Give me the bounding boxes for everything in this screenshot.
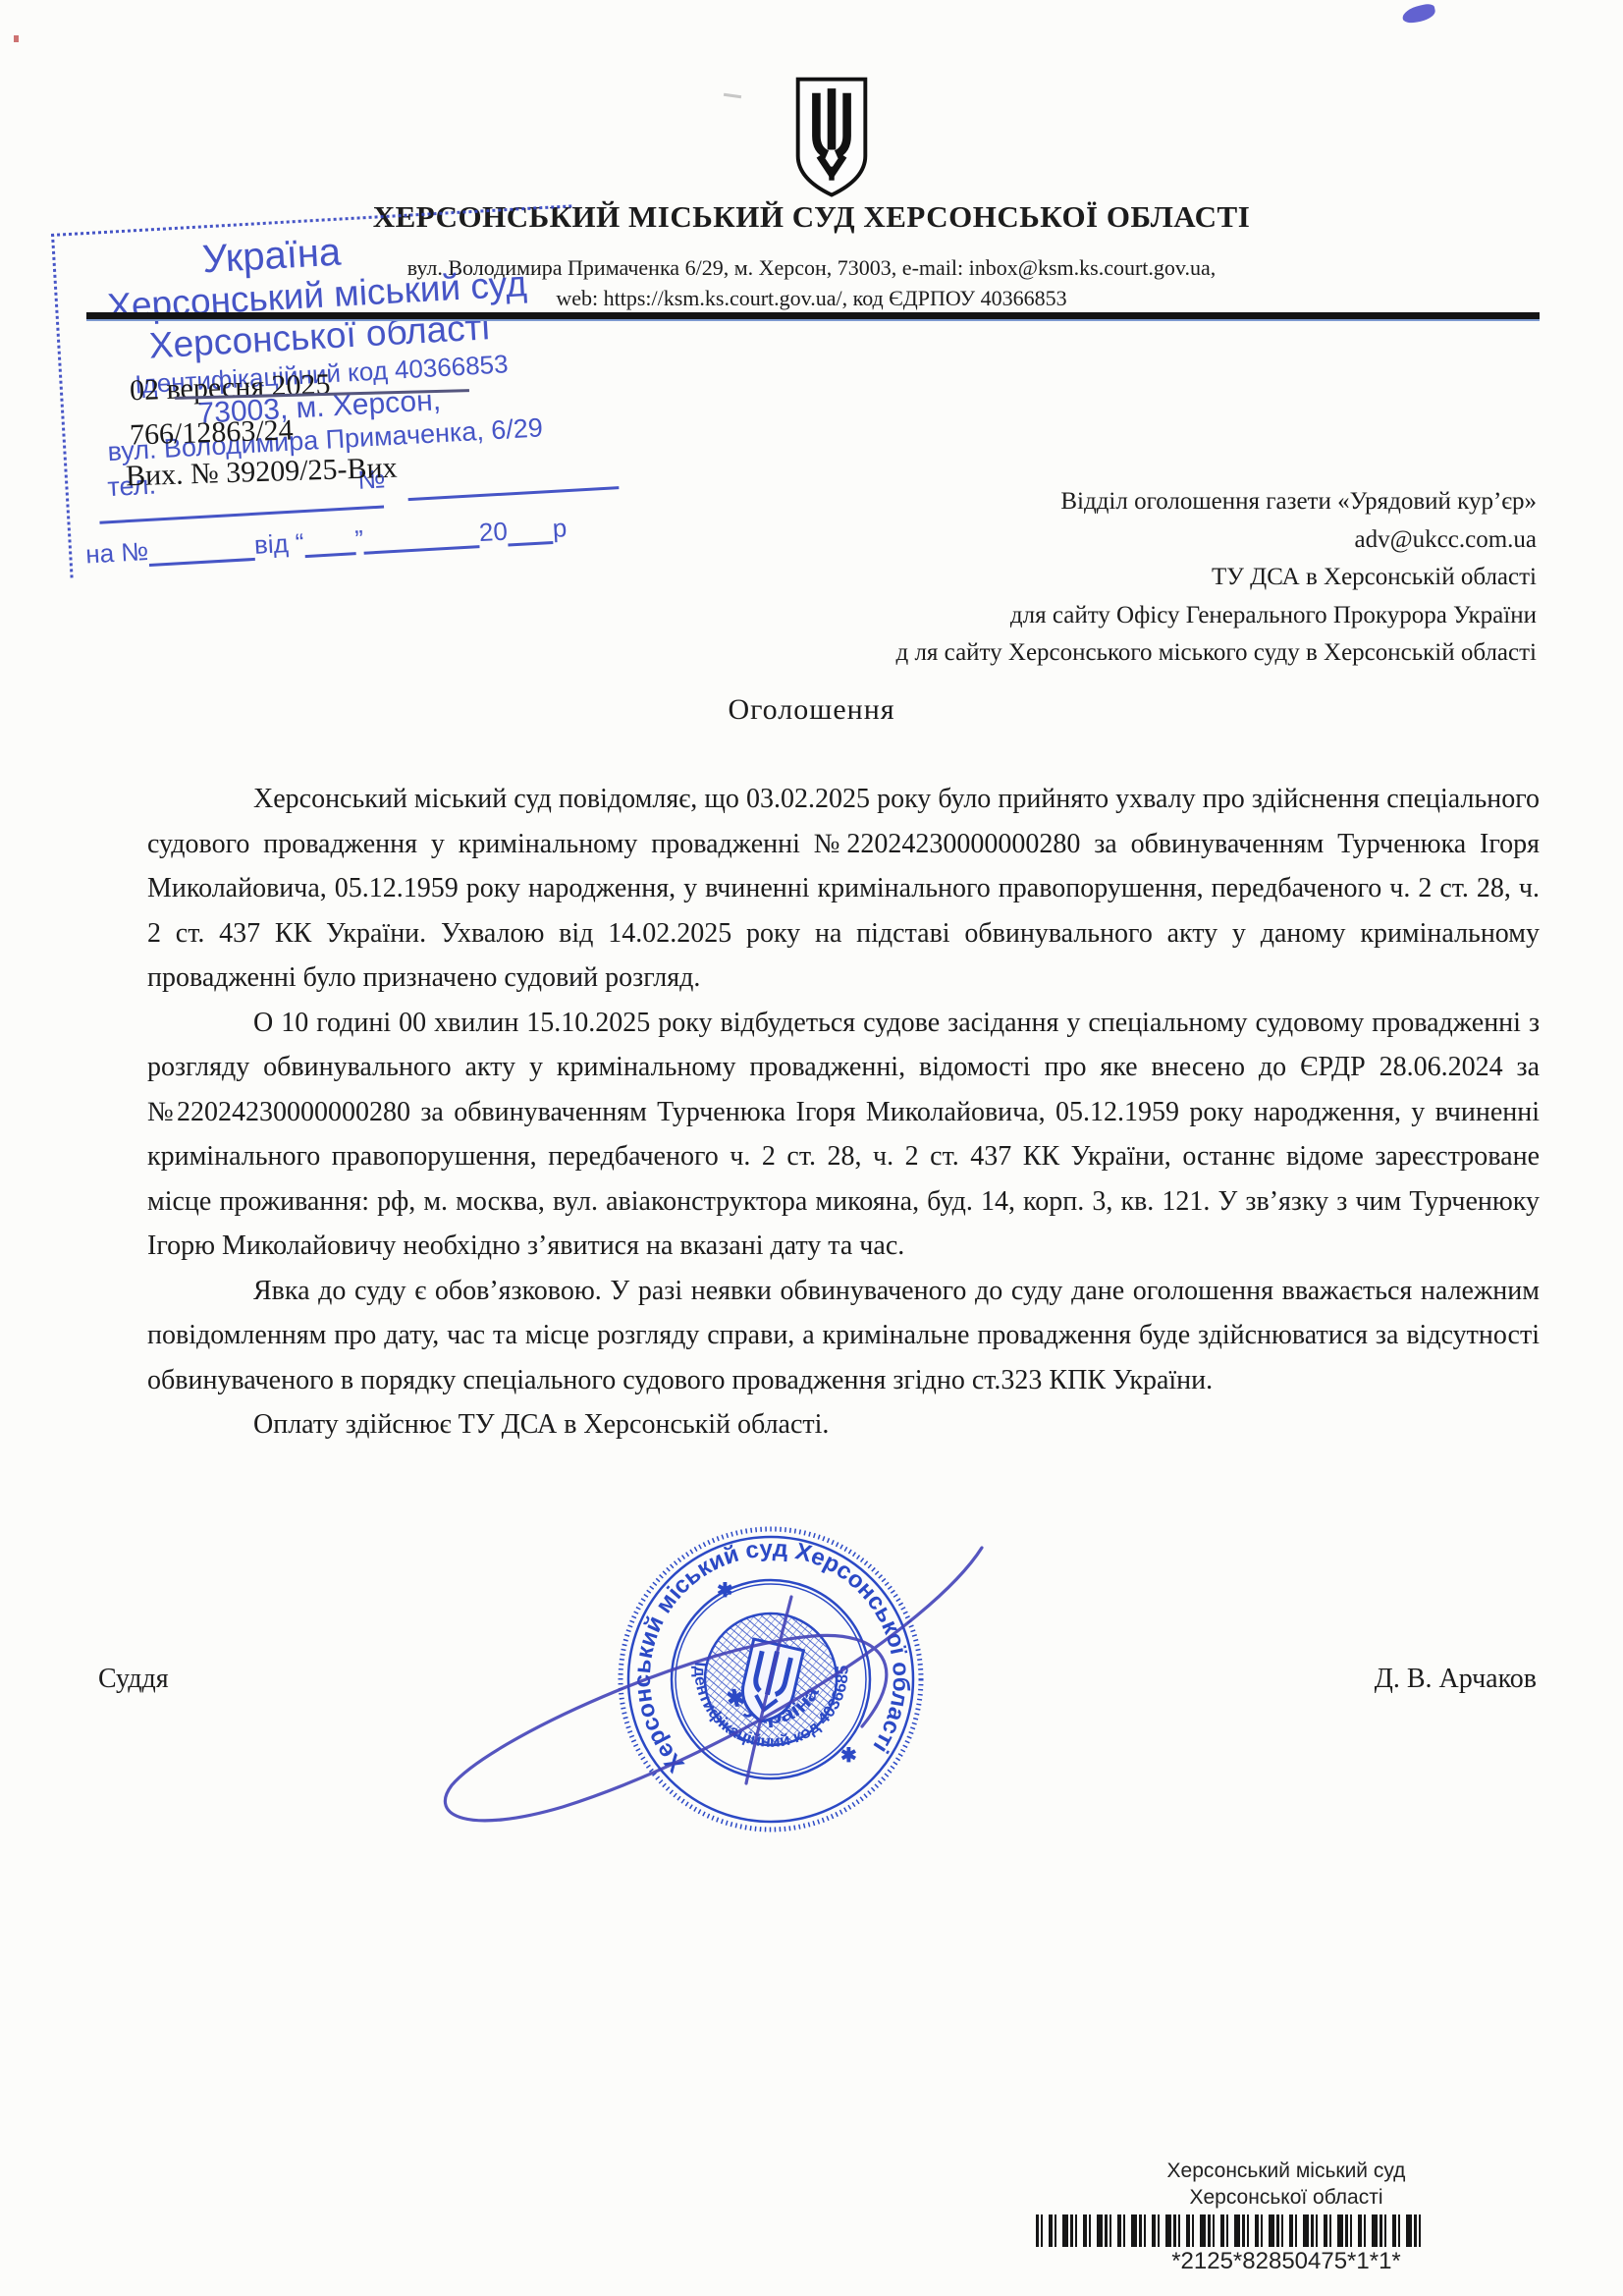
header-divider (86, 312, 1540, 321)
recipient-line: Відділ оголошення газети «Урядовий кур’є… (555, 483, 1537, 521)
signature-role: Суддя (98, 1664, 169, 1695)
stamp-row-vid: від “ (253, 527, 304, 561)
body-paragraph: Херсонський міський суд повідомляє, що 0… (147, 777, 1540, 1001)
footer-court-line2: Херсонської області (1011, 2186, 1561, 2210)
barcode-value: *2125*82850475*1*1* (1011, 2248, 1561, 2275)
ink-blot-artifact (1401, 3, 1437, 26)
stamp-row-20: 20 (478, 517, 509, 549)
body-paragraph: Явка до суду є обов’язковою. У разі неяв… (147, 1269, 1540, 1403)
scan-dash-artifact (724, 93, 741, 98)
recipient-line: adv@ukcc.com.ua (555, 521, 1537, 560)
stamp-row-na: на № (84, 536, 149, 571)
recipient-line: д ля сайту Херсонського міського суду в … (555, 634, 1537, 673)
body-paragraph: О 10 годині 00 хвилин 15.10.2025 року ві… (147, 1001, 1540, 1269)
barcode (1036, 2214, 1427, 2247)
case-number: 766/12863/24 (130, 413, 295, 452)
pen-signature (401, 1520, 1009, 1825)
stamp-blank-line (362, 516, 480, 555)
stamp-blank-line (507, 512, 554, 547)
outgoing-date: 02 вересня 2025 (130, 368, 332, 408)
ukraine-trident-emblem (793, 75, 870, 200)
document-page: ХЕРСОНСЬКИЙ МІСЬКИЙ СУД ХЕРСОНСЬКОЇ ОБЛА… (0, 0, 1623, 2296)
stamp-field-line (408, 486, 620, 501)
stamp-blank-line (147, 528, 255, 567)
stamp-field-line (99, 506, 384, 524)
body-paragraph: Оплату здійснює ТУ ДСА в Херсонській обл… (147, 1402, 1540, 1448)
stamp-row-r: р (552, 513, 568, 544)
announcement-body: Херсонський міський суд повідомляє, що 0… (147, 777, 1540, 1448)
red-dot-artifact (14, 35, 19, 42)
stamp-blank-line (303, 522, 356, 558)
recipient-line: для сайту Офісу Генерального Прокурора У… (555, 597, 1537, 635)
announcement-heading: Оголошення (0, 693, 1623, 727)
recipient-line: ТУ ДСА в Херсонській області (555, 559, 1537, 597)
footer-court-line1: Херсонський міський суд (1011, 2159, 1561, 2183)
recipient-block: Відділ оголошення газети «Урядовий кур’є… (555, 483, 1537, 673)
